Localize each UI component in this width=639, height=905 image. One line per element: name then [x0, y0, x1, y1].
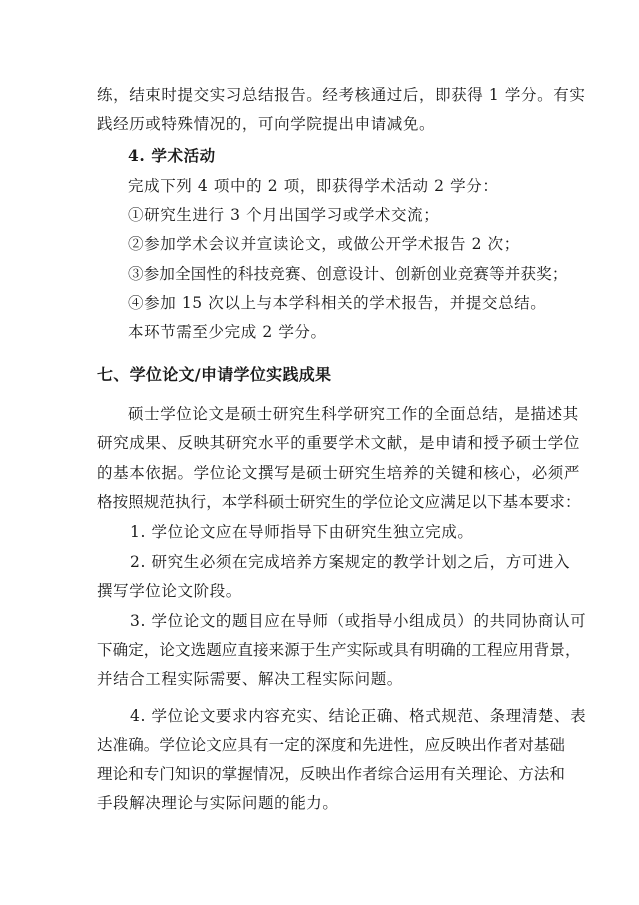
requirement-line: 达准确。学位论文应具有一定的深度和先进性，应反映出作者对基础 — [97, 735, 545, 755]
requirement-line: 3. 学位论文的题目应在导师（或指导小组成员）的共同协商认可 — [130, 611, 578, 631]
requirement-line: 下确定，论文选题应直接来源于生产实际或具有明确的工程应用背景， — [97, 640, 545, 660]
requirement-line: 4. 学位论文要求内容充实、结论正确、格式规范、条理清楚、表 — [130, 706, 578, 726]
requirement-line: 撰写学位论文阶段。 — [97, 581, 545, 601]
section-intro-line: 的基本依据。学位论文撰写是硕士研究生培养的关键和核心，必须严 — [97, 463, 545, 483]
academic-activity-item: ③参加全国性的科技竞赛、创意设计、创新创业竞赛等并获奖； — [128, 264, 545, 284]
requirement-line: 手段解决理论与实际问题的能力。 — [97, 793, 545, 813]
practice-text-line: 练，结束时提交实习总结报告。经考核通过后，即获得 1 学分。有实 — [97, 85, 545, 105]
section-heading: 七、学位论文/申请学位实践成果 — [97, 365, 331, 385]
academic-activity-title: 4. 学术活动 — [128, 146, 545, 166]
document-page: 练，结束时提交实习总结报告。经考核通过后，即获得 1 学分。有实 践经历或特殊情… — [0, 0, 639, 905]
academic-activity-item: ①研究生进行 3 个月出国学习或学术交流； — [128, 205, 545, 225]
academic-activity-intro: 完成下列 4 项中的 2 项，即获得学术活动 2 学分： — [128, 176, 545, 196]
requirement-line: 并结合工程实际需要、解决工程实际问题。 — [97, 669, 545, 689]
section-intro-line: 研究成果、反映其研究水平的重要学术文献，是申请和授予硕士学位 — [97, 433, 545, 453]
requirement-line: 2. 研究生必须在完成培养方案规定的教学计划之后，方可进入 — [130, 552, 578, 572]
section-intro-line: 硕士学位论文是硕士研究生科学研究工作的全面总结，是描述其 — [128, 404, 545, 424]
academic-activity-note: 本环节需至少完成 2 学分。 — [128, 322, 545, 342]
practice-text-line: 践经历或特殊情况的，可向学院提出申请减免。 — [97, 114, 545, 134]
section-intro-line: 格按照规范执行，本学科硕士研究生的学位论文应满足以下基本要求： — [97, 492, 545, 512]
requirement-line: 1. 学位论文应在导师指导下由研究生独立完成。 — [130, 522, 578, 542]
requirement-line: 理论和专门知识的掌握情况，反映出作者综合运用有关理论、方法和 — [97, 764, 545, 784]
academic-activity-item: ②参加学术会议并宣读论文，或做公开学术报告 2 次； — [128, 234, 545, 254]
academic-activity-item: ④参加 15 次以上与本学科相关的学术报告，并提交总结。 — [128, 293, 545, 313]
